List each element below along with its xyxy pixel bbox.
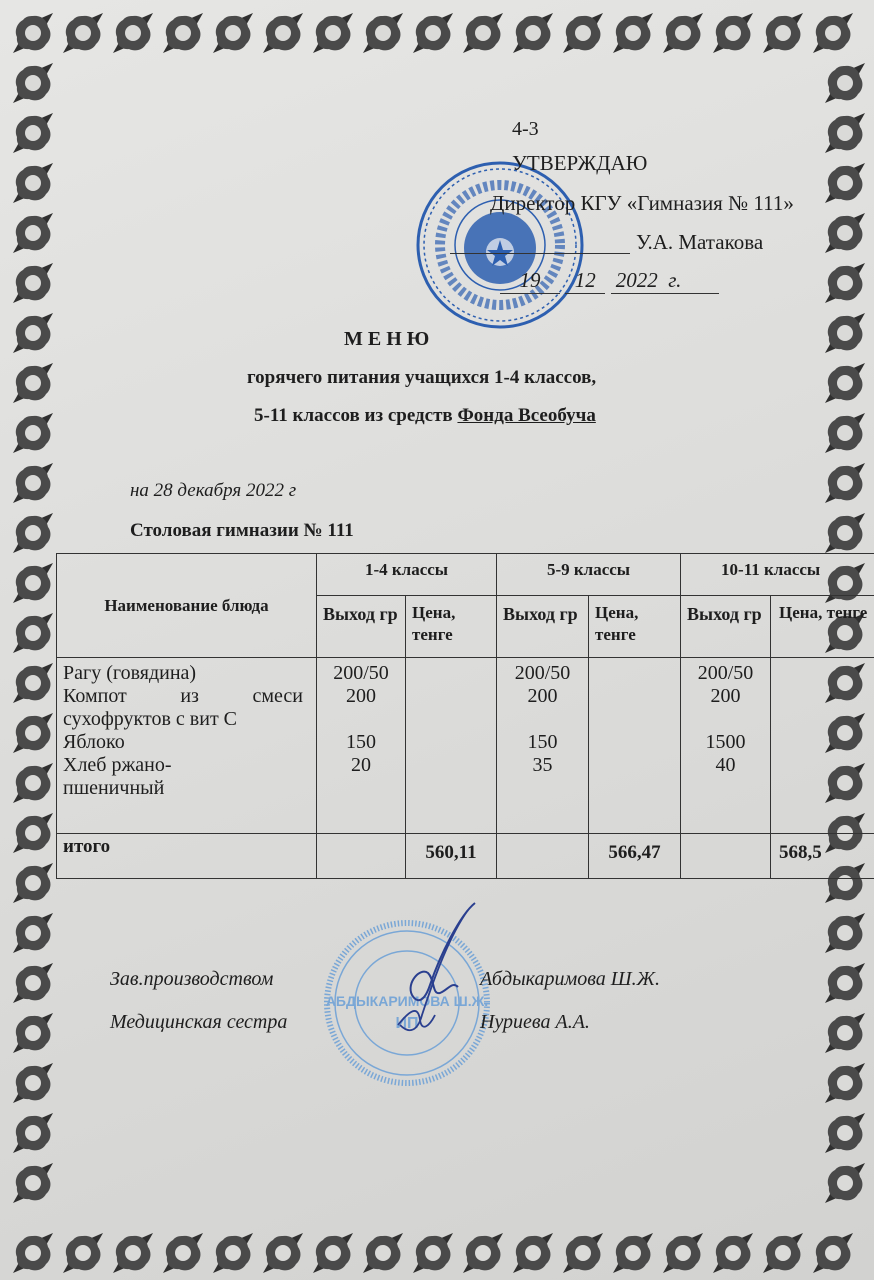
fund-name: Фонда Всеобуча (457, 405, 595, 426)
ornament-flower-icon (8, 458, 58, 508)
prices-10-11 (771, 658, 874, 834)
ornament-flower-icon (508, 8, 558, 58)
ornament-flower-icon (820, 1158, 870, 1208)
ornament-flower-icon (8, 8, 58, 58)
menu-subtitle-line1: горячего питания учащихся 1-4 классов, (247, 367, 596, 389)
dish-item: Хлеб ржано-пшеничный (63, 754, 213, 800)
ornament-flower-icon (108, 1228, 158, 1278)
ornament-flower-icon (820, 1008, 870, 1058)
ornament-flower-icon (8, 808, 58, 858)
ornament-flower-icon (8, 608, 58, 658)
signature-scribble-icon (340, 895, 500, 1055)
ornament-flower-icon (8, 958, 58, 1008)
dish-item: Рагу (говядина) (63, 662, 310, 685)
approval-signatory: У.А. Матакова (636, 230, 763, 255)
approval-date-year: 2022 (616, 268, 658, 292)
ornament-flower-icon (8, 1228, 58, 1278)
yield-header: Выход гр (497, 596, 589, 658)
ornament-flower-icon (758, 1228, 808, 1278)
ornament-flower-icon (8, 358, 58, 408)
ornament-flower-icon (820, 208, 870, 258)
ornament-flower-icon (820, 58, 870, 108)
ornament-flower-icon (820, 508, 870, 558)
ornament-flower-icon (408, 1228, 458, 1278)
ornament-flower-icon (8, 1008, 58, 1058)
yield-header: Выход гр (317, 596, 406, 658)
signature-role-nurse: Медицинская сестра (110, 1011, 287, 1034)
ornament-flower-icon (308, 8, 358, 58)
ornament-flower-icon (8, 1108, 58, 1158)
table-row-dishes: Рагу (говядина) Компот из смеси сухофрук… (57, 658, 874, 834)
ornament-flower-icon (358, 1228, 408, 1278)
group-header-10-11: 10-11 классы (681, 554, 874, 596)
dish-item: Яблоко (63, 731, 310, 754)
ornament-flower-icon (8, 308, 58, 358)
document-page: 4-3 УТВЕРЖДАЮ Директор КГУ «Гимназия № 1… (0, 0, 874, 1280)
total-5-9: 566,47 (589, 834, 681, 879)
ornament-flower-icon (708, 1228, 758, 1278)
ornament-flower-icon (158, 1228, 208, 1278)
ornament-flower-icon (8, 858, 58, 908)
ornament-flower-icon (558, 8, 608, 58)
ornament-flower-icon (820, 1108, 870, 1158)
ornament-flower-icon (820, 108, 870, 158)
approval-date-month: 12 (565, 268, 605, 294)
ornament-flower-icon (8, 758, 58, 808)
ornament-flower-icon (8, 108, 58, 158)
ornament-flower-icon (820, 908, 870, 958)
price-header: Цена, тенге (771, 596, 874, 658)
yields-1-4: 200/50 200 150 20 (317, 658, 406, 834)
ornament-flower-icon (820, 458, 870, 508)
ornament-flower-icon (8, 558, 58, 608)
ornament-flower-icon (608, 1228, 658, 1278)
ornament-flower-icon (208, 8, 258, 58)
ornament-flower-icon (8, 1058, 58, 1108)
ornament-flower-icon (258, 1228, 308, 1278)
group-header-5-9: 5-9 классы (497, 554, 681, 596)
approval-date-suffix: г. (668, 268, 681, 292)
table-row-total: итого 560,11 566,47 568,5 (57, 834, 874, 879)
ornament-flower-icon (558, 1228, 608, 1278)
dish-list: Рагу (говядина) Компот из смеси сухофрук… (57, 658, 317, 834)
ornament-flower-icon (458, 1228, 508, 1278)
ornament-flower-icon (8, 408, 58, 458)
signature-name-production: Абдыкаримова Ш.Ж. (480, 968, 660, 991)
approval-date-day: 19 (500, 268, 560, 294)
ornament-flower-icon (8, 208, 58, 258)
ornament-flower-icon (820, 258, 870, 308)
director-stamp-icon (415, 160, 585, 330)
ornament-flower-icon (658, 1228, 708, 1278)
ornament-flower-icon (208, 1228, 258, 1278)
ornament-flower-icon (820, 358, 870, 408)
menu-subtitle-line2: 5-11 классов из средств Фонда Всеобуча (254, 405, 596, 427)
group-header-1-4: 1-4 классы (317, 554, 497, 596)
ornament-flower-icon (158, 8, 208, 58)
ornament-flower-icon (658, 8, 708, 58)
total-1-4: 560,11 (406, 834, 497, 879)
table-header-row: Наименование блюда 1-4 классы 5-9 классы… (57, 554, 874, 596)
ornament-flower-icon (408, 8, 458, 58)
prices-5-9 (589, 658, 681, 834)
ornament-flower-icon (258, 8, 308, 58)
menu-table: Наименование блюда 1-4 классы 5-9 классы… (56, 553, 874, 879)
ornament-flower-icon (820, 308, 870, 358)
ornament-flower-icon (458, 8, 508, 58)
ornament-flower-icon (708, 8, 758, 58)
ornament-flower-icon (758, 8, 808, 58)
price-header: Цена, тенге (406, 596, 497, 658)
canteen-name: Столовая гимназии № 111 (130, 520, 354, 542)
signature-name-nurse: Нуриева А.А. (480, 1011, 590, 1034)
ornament-flower-icon (8, 1158, 58, 1208)
price-header: Цена, тенге (589, 596, 681, 658)
menu-date: на 28 декабря 2022 г (130, 480, 296, 502)
ornament-border-top (8, 8, 858, 58)
approval-title: УТВЕРЖДАЮ (512, 151, 647, 176)
ornament-flower-icon (8, 508, 58, 558)
ornament-flower-icon (808, 1228, 858, 1278)
dish-item: Компот из смеси сухофруктов с вит С (63, 685, 303, 731)
ornament-flower-icon (8, 258, 58, 308)
total-10-11: 568,5 (771, 834, 874, 879)
prices-1-4 (406, 658, 497, 834)
ornament-flower-icon (808, 8, 858, 58)
director-signature-line (450, 253, 630, 254)
ornament-flower-icon (820, 1058, 870, 1108)
ornament-flower-icon (608, 8, 658, 58)
ornament-flower-icon (358, 8, 408, 58)
ornament-flower-icon (508, 1228, 558, 1278)
ornament-flower-icon (58, 8, 108, 58)
ornament-flower-icon (820, 158, 870, 208)
yield-header: Выход гр (681, 596, 771, 658)
page-number: 4-3 (512, 118, 539, 141)
signature-role-production: Зав.производством (110, 968, 273, 991)
ornament-flower-icon (8, 708, 58, 758)
ornament-flower-icon (8, 58, 58, 108)
total-label: итого (57, 834, 317, 879)
dish-header: Наименование блюда (57, 554, 317, 658)
ornament-flower-icon (58, 1228, 108, 1278)
ornament-flower-icon (308, 1228, 358, 1278)
ornament-border-left (8, 58, 58, 1208)
ornament-flower-icon (820, 408, 870, 458)
ornament-flower-icon (108, 8, 158, 58)
menu-title: М Е Н Ю (344, 328, 429, 351)
ornament-flower-icon (8, 158, 58, 208)
yields-10-11: 200/50 200 1500 40 (681, 658, 771, 834)
ornament-flower-icon (820, 958, 870, 1008)
yields-5-9: 200/50 200 150 35 (497, 658, 589, 834)
ornament-flower-icon (8, 908, 58, 958)
approval-position: Директор КГУ «Гимназия № 111» (490, 191, 794, 216)
ornament-border-bottom (8, 1228, 858, 1278)
ornament-flower-icon (8, 658, 58, 708)
approval-date: 19 12 2022 г. (500, 268, 719, 294)
